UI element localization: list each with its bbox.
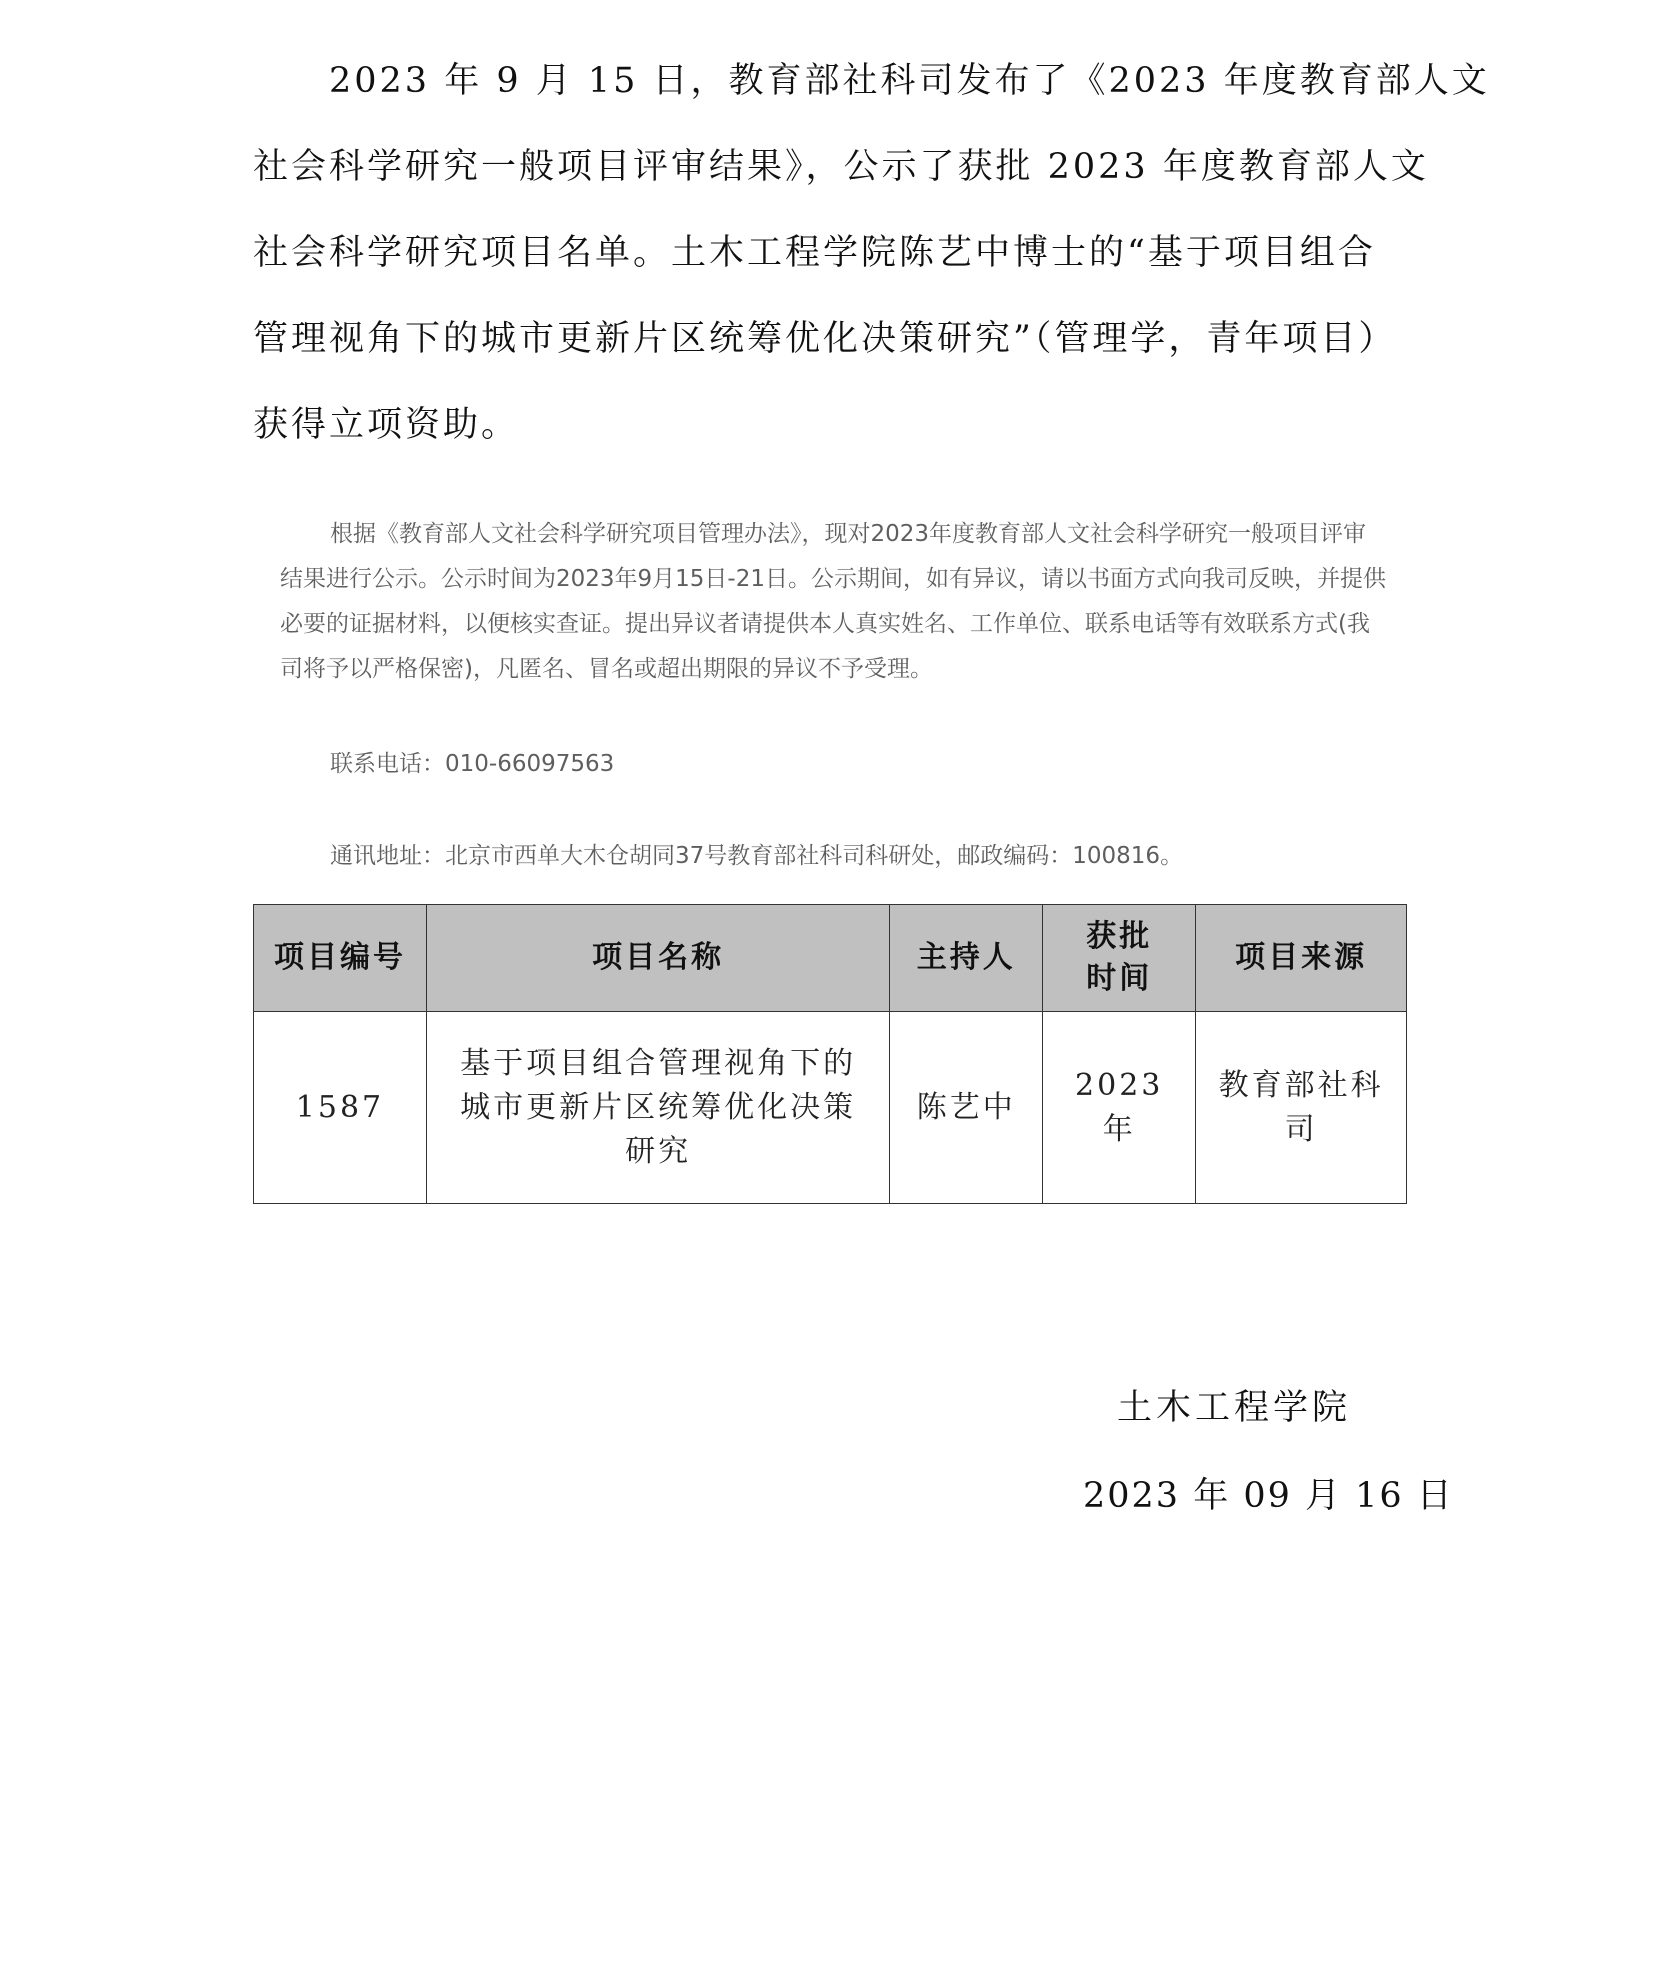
announcement-paragraph: 2023 年 9 月 15 日，教育部社科司发布了《2023 年度教育部人文 社… — [253, 38, 1413, 468]
header-project-id: 项目编号 — [254, 905, 427, 1012]
notice-line: 根据《教育部人文社会科学研究项目管理办法》，现对2023年度教育部人文社会科学研… — [280, 512, 1450, 557]
paragraph-line: 获得立项资助。 — [253, 382, 1413, 468]
notice-line: 司将予以严格保密)，凡匿名、冒名或超出期限的异议不予受理。 — [280, 647, 1450, 692]
cell-project-id: 1587 — [254, 1012, 427, 1204]
notice-line: 结果进行公示。公示时间为2023年9月15日-21日。公示期间，如有异议，请以书… — [280, 557, 1450, 602]
address-text: 通讯地址：北京市西单大木仓胡同37号教育部社科司科研处，邮政编码：100816。 — [280, 834, 1450, 879]
header-source: 项目来源 — [1196, 905, 1407, 1012]
cell-source: 教育部社科司 — [1196, 1012, 1407, 1204]
notice-phone: 联系电话：010-66097563 — [280, 742, 1450, 787]
cell-host: 陈艺中 — [890, 1012, 1043, 1204]
signature-org: 土木工程学院 — [1117, 1380, 1351, 1430]
project-table: 项目编号 项目名称 主持人 获批 时间 项目来源 1587 基于项目组合管理视角… — [253, 904, 1407, 1204]
header-approval-time: 获批 时间 — [1043, 905, 1196, 1012]
cell-project-name: 基于项目组合管理视角下的城市更新片区统筹优化决策研究 — [426, 1012, 889, 1204]
notice-quote: 根据《教育部人文社会科学研究项目管理办法》，现对2023年度教育部人文社会科学研… — [280, 512, 1450, 692]
phone-text: 联系电话：010-66097563 — [280, 742, 1450, 787]
paragraph-line: 管理视角下的城市更新片区统筹优化决策研究”（管理学，青年项目） — [253, 296, 1413, 382]
header-project-name: 项目名称 — [426, 905, 889, 1012]
paragraph-line: 社会科学研究项目名单。土木工程学院陈艺中博士的“基于项目组合 — [253, 210, 1413, 296]
paragraph-line: 社会科学研究一般项目评审结果》，公示了获批 2023 年度教育部人文 — [253, 124, 1413, 210]
notice-address: 通讯地址：北京市西单大木仓胡同37号教育部社科司科研处，邮政编码：100816。 — [280, 834, 1450, 879]
paragraph-line: 2023 年 9 月 15 日，教育部社科司发布了《2023 年度教育部人文 — [253, 38, 1413, 124]
table-row: 1587 基于项目组合管理视角下的城市更新片区统筹优化决策研究 陈艺中 2023… — [254, 1012, 1407, 1204]
header-host: 主持人 — [890, 905, 1043, 1012]
table-header-row: 项目编号 项目名称 主持人 获批 时间 项目来源 — [254, 905, 1407, 1012]
signature-date: 2023 年 09 月 16 日 — [1083, 1468, 1454, 1518]
cell-year: 2023 年 — [1043, 1012, 1196, 1204]
notice-line: 必要的证据材料，以便核实查证。提出异议者请提供本人真实姓名、工作单位、联系电话等… — [280, 602, 1450, 647]
